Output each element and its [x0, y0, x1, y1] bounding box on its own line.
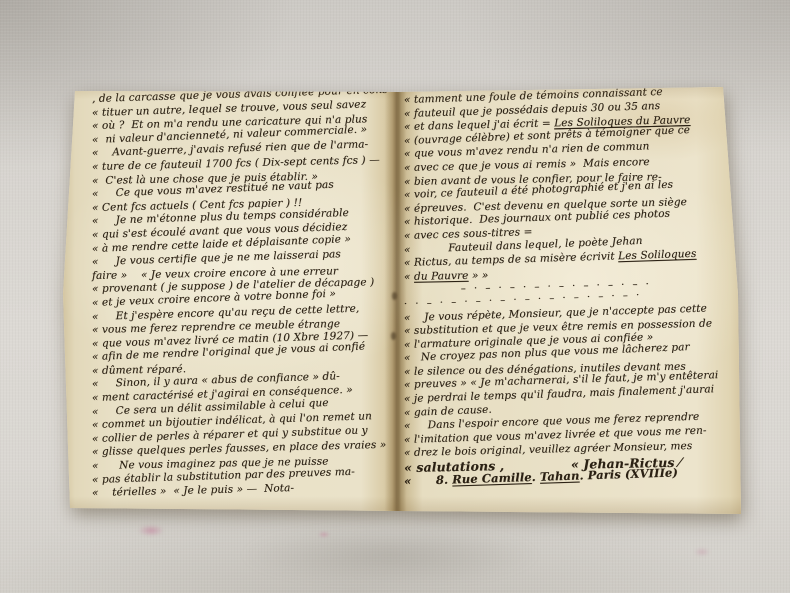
letter-left-page: ‚ de la carcasse que je vous avais confi…: [92, 93, 394, 501]
photo-background: ‚ de la carcasse que je vous avais confi…: [0, 0, 790, 593]
letter-bifolium: ‚ de la carcasse que je vous avais confi…: [60, 84, 744, 518]
pink-mark: [138, 525, 164, 536]
pink-mark: [318, 531, 330, 538]
letter-right-page: « tamment une foule de témoins connaissa…: [404, 94, 738, 488]
fabric-stain: [240, 525, 540, 585]
letter-paper: ‚ de la carcasse que je vous avais confi…: [60, 84, 744, 518]
pink-mark: [694, 548, 710, 556]
